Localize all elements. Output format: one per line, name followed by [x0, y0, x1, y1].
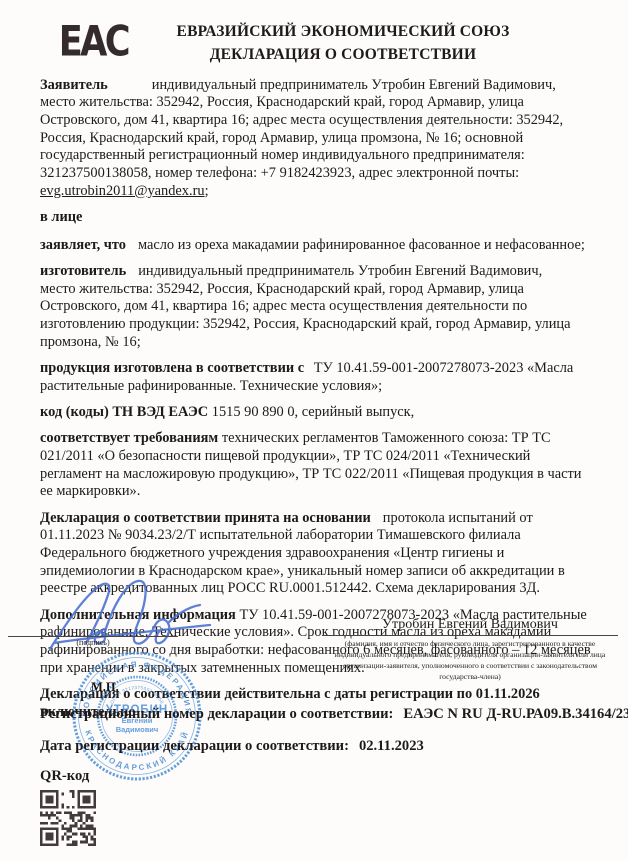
eac-logo: ЕАС: [54, 22, 124, 62]
manufacturer-paragraph: изготовительиндивидуальный предпринимате…: [40, 263, 592, 352]
stamp-center-patronymic: Вадимович: [116, 725, 159, 734]
tnved-code-label: код (коды) ТН ВЭД ЕАЭС: [40, 404, 208, 420]
registration-number-value: ЕАЭС N RU Д-RU.РА09.В.34164/23: [403, 706, 628, 722]
document-header: ЕАС ЕВРАЗИЙСКИЙ ЭКОНОМИЧЕСКИЙ СОЮЗ ДЕКЛА…: [40, 14, 592, 67]
declarant-label: Заявитель: [40, 77, 108, 93]
declares-text: масло из ореха макадамии рафинированное …: [138, 237, 585, 253]
declarant-body: место жительства: 352942, Россия, Красно…: [40, 94, 563, 181]
registration-number-label: Регистрационный номер декларации о соотв…: [40, 706, 393, 722]
made-in-accordance-paragraph: продукция изготовлена в соответствии с Т…: [40, 360, 592, 395]
signer-name: Утробин Евгений Вадимович: [322, 617, 618, 636]
manufacturer-body: место жительства: 352942, Россия, Красно…: [40, 281, 571, 350]
document-title: ЕВРАЗИЙСКИЙ ЭКОНОМИЧЕСКИЙ СОЮЗ ДЕКЛАРАЦИ…: [124, 20, 592, 67]
in-person-label: в лице: [40, 209, 82, 225]
registration-number-line: Регистрационный номер декларации о соотв…: [40, 706, 628, 723]
basis-label: Декларация о соответствии принята на осн…: [40, 510, 371, 526]
declarant-body-tail: ;: [205, 183, 209, 199]
registration-date-label: Дата регистрации декларации о соответств…: [40, 738, 349, 754]
signature-and-registration-zone: (подпись) РОССИЙСКАЯ ФЕДЕРАЦИЯ КРАСНОДАР…: [0, 575, 628, 861]
email-link[interactable]: evg.utrobin2011@yandex.ru: [40, 183, 205, 199]
complies-label: соответствует требованиям: [40, 430, 218, 446]
declares-label: заявляет, что: [40, 237, 126, 253]
registration-date-value: 02.11.2023: [359, 738, 424, 754]
made-in-accordance-label: продукция изготовлена в соответствии с: [40, 360, 304, 376]
title-declaration: ДЕКЛАРАЦИЯ О СООТВЕТСТВИИ: [124, 43, 562, 66]
qr-code-label: QR-код: [40, 768, 89, 785]
signature-line: [8, 636, 178, 637]
declares-paragraph: заявляет, чтомасло из ореха макадамии ра…: [40, 237, 592, 255]
in-person-paragraph: в лице: [40, 209, 592, 227]
declarant-intro: индивидуальный предприниматель Утробин Е…: [152, 77, 556, 93]
title-union: ЕВРАЗИЙСКИЙ ЭКОНОМИЧЕСКИЙ СОЮЗ: [124, 20, 562, 43]
complies-paragraph: соответствует требованиям технических ре…: [40, 430, 592, 501]
declarant-paragraph: Заявительиндивидуальный предприниматель …: [40, 77, 592, 201]
tnved-code-value: 1515 90 890 0, серийный выпуск,: [212, 404, 415, 420]
mp-seal-label: М.П.: [91, 680, 119, 695]
signer-caption: (фамилия, имя и отчество физического лиц…: [322, 638, 618, 682]
eac-mark-icon: ЕАС: [59, 21, 128, 63]
qr-code: [40, 790, 96, 846]
signer-block: Утробин Евгений Вадимович (фамилия, имя …: [322, 617, 618, 682]
declaration-document: ЕАС ЕВРАЗИЙСКИЙ ЭКОНОМИЧЕСКИЙ СОЮЗ ДЕКЛА…: [0, 0, 628, 861]
tnved-code-paragraph: код (коды) ТН ВЭД ЕАЭС 1515 90 890 0, се…: [40, 404, 592, 422]
registration-date-line: Дата регистрации декларации о соответств…: [40, 738, 424, 755]
manufacturer-label: изготовитель: [40, 263, 126, 279]
manufacturer-intro: индивидуальный предприниматель Утробин Е…: [138, 263, 542, 279]
